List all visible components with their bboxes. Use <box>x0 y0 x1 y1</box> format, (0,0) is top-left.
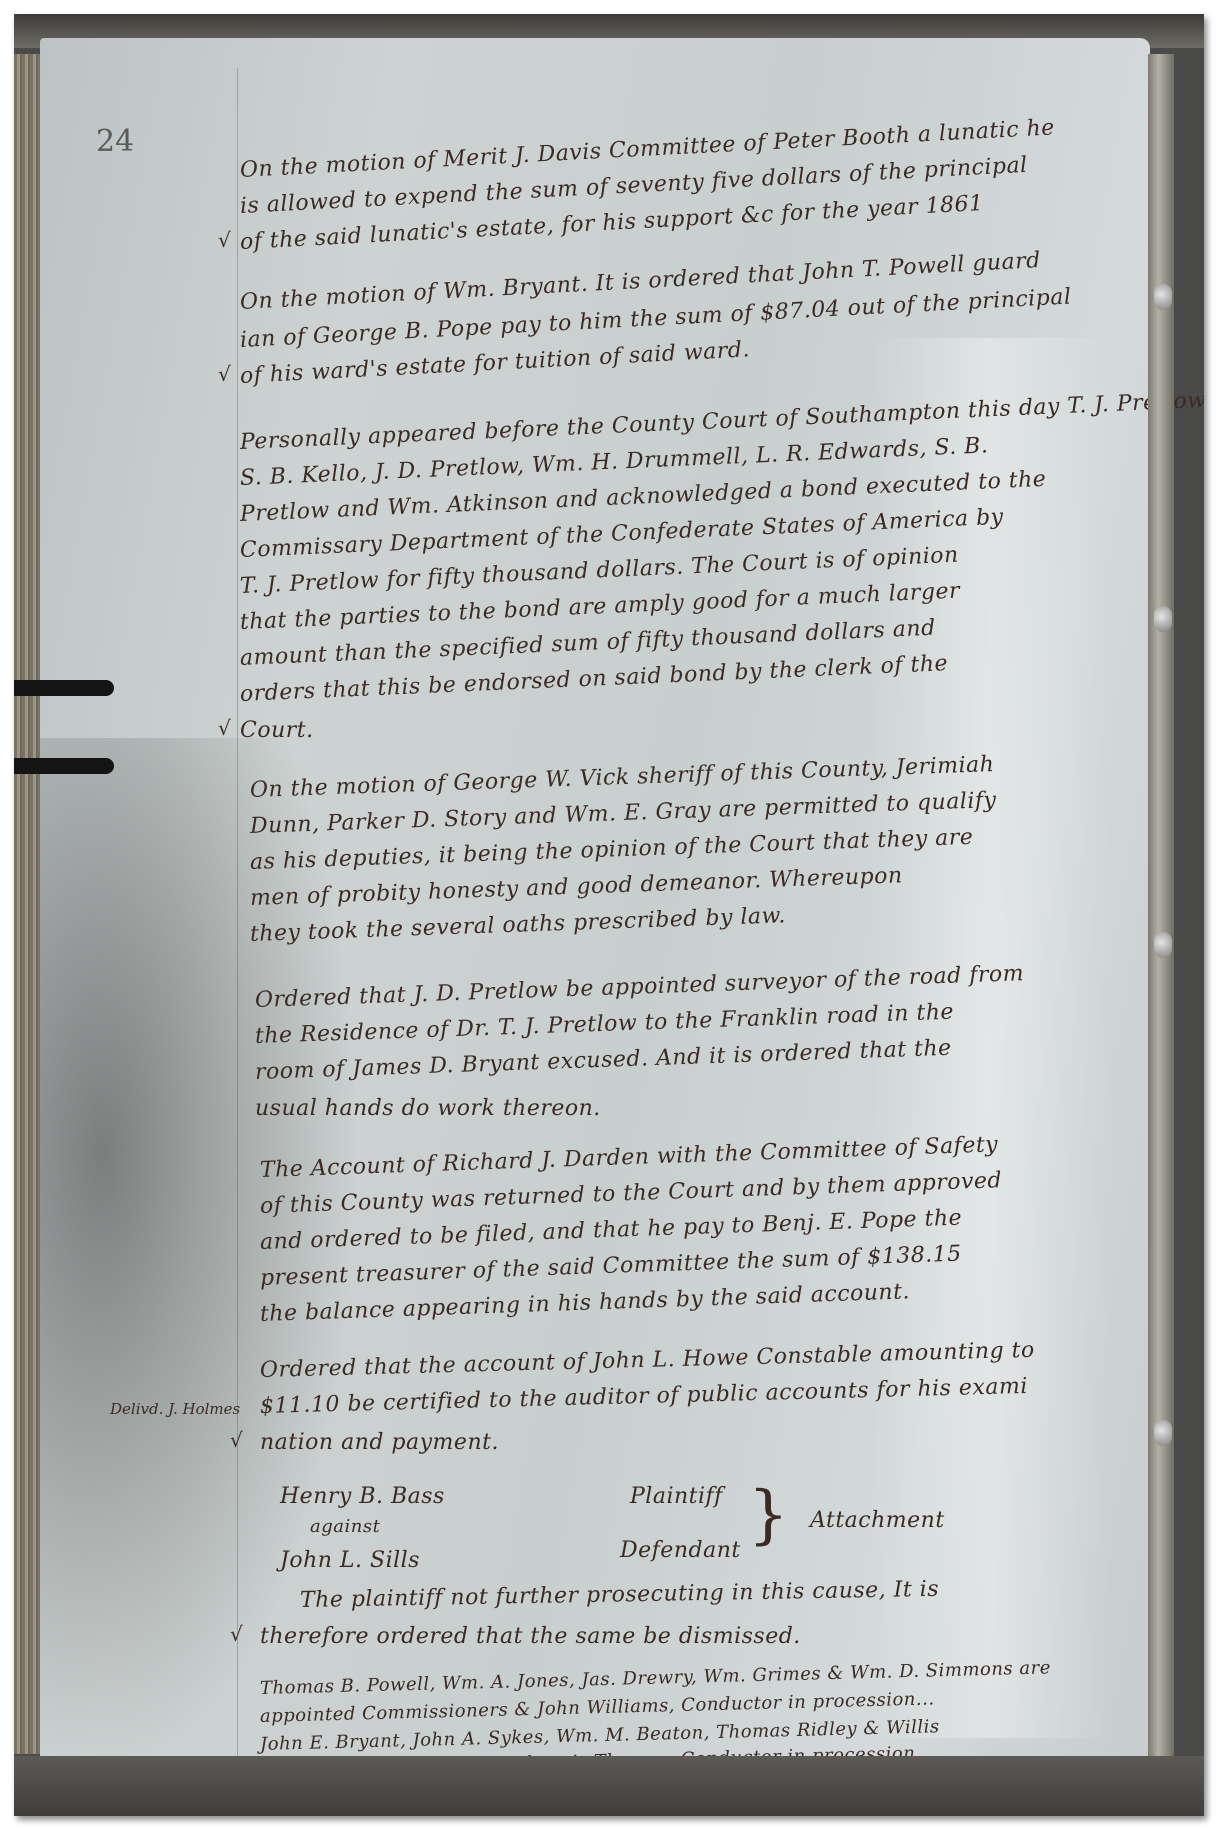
text-line: The plaintiff not further prosecuting in… <box>300 1577 939 1613</box>
check-mark-icon: √ <box>218 362 231 386</box>
binder-ring <box>14 680 114 696</box>
page-number: 24 <box>96 124 134 159</box>
plaintiff-label: Plaintiff <box>630 1484 723 1509</box>
binder-stud <box>1154 606 1172 632</box>
sleeve-bottom <box>14 1756 1204 1816</box>
binder-stud <box>1154 284 1172 310</box>
binder-rail <box>1148 54 1174 1794</box>
margin-note: Delivd. J. Holmes <box>110 1400 240 1418</box>
defendant-name: John L. Sills <box>280 1548 420 1573</box>
text-line: usual hands do work thereon. <box>255 1096 601 1121</box>
ledger-page: 24 On the motion of Merit J. Davis Commi… <box>40 38 1150 1778</box>
against-label: against <box>310 1516 380 1537</box>
photo-frame: 24 On the motion of Merit J. Davis Commi… <box>14 14 1204 1816</box>
check-mark-icon: √ <box>230 1428 243 1452</box>
text-line: nation and payment. <box>260 1430 499 1455</box>
text-line: Court. <box>240 718 314 743</box>
check-mark-icon: √ <box>218 716 231 740</box>
check-mark-icon: √ <box>230 1622 243 1646</box>
brace-icon: } <box>748 1478 789 1552</box>
binder-ring <box>14 758 114 774</box>
defendant-label: Defendant <box>620 1538 741 1563</box>
binder-stud <box>1154 1420 1172 1446</box>
action-label: Attachment <box>810 1508 945 1533</box>
text-line: therefore ordered that the same be dismi… <box>260 1624 801 1649</box>
plaintiff-name: Henry B. Bass <box>280 1484 445 1509</box>
binder-stud <box>1154 932 1172 958</box>
check-mark-icon: √ <box>218 228 231 252</box>
